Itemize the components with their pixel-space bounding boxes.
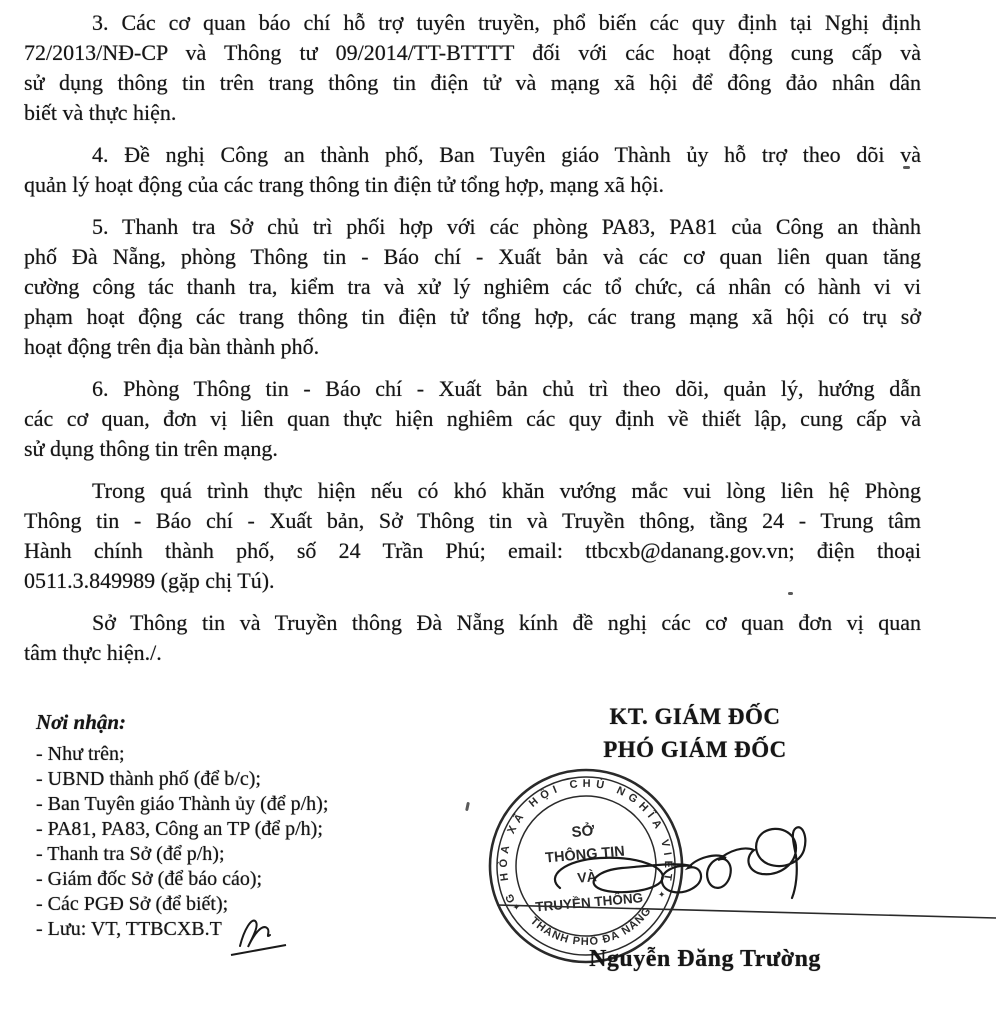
seal-separator-right: ✦	[658, 889, 667, 900]
paragraph-3: 3. Các cơ quan báo chí hỗ trợ tuyên truy…	[24, 8, 921, 128]
recipient-item: - PA81, PA83, Công an TP (để p/h);	[36, 817, 328, 842]
text-line: các cơ quan, đơn vị liên quan thực hiện …	[24, 404, 921, 434]
text-line: tâm thực hiện./.	[24, 638, 921, 668]
signer-role-line1: KT. GIÁM ĐỐC	[450, 700, 940, 733]
seal-center-line2: THÔNG TIN	[544, 842, 625, 867]
text-line: hoạt động trên địa bàn thành phố.	[24, 332, 921, 362]
recipient-item: - UBND thành phố (để b/c);	[36, 767, 328, 792]
scan-speck	[788, 592, 793, 595]
text-line: 4. Đề nghị Công an thành phố, Ban Tuyên …	[24, 140, 921, 170]
recipient-item: - Như trên;	[36, 742, 328, 767]
text-line: phạm hoạt động các trang thông tin điện …	[24, 302, 921, 332]
seal-icon: CỘNG HÒA XÃ HỘI CHỦ NGHĨA VIỆT NAM THÀNH…	[478, 758, 695, 975]
text-line: 72/2013/NĐ-CP và Thông tư 09/2014/TT-BTT…	[24, 38, 921, 68]
text-line: quản lý hoạt động của các trang thông ti…	[24, 170, 921, 200]
text-line: 0511.3.849989 (gặp chị Tú).	[24, 566, 921, 596]
signer-role-line2: PHÓ GIÁM ĐỐC	[450, 733, 940, 766]
recipients-block: Nơi nhận: - Như trên; - UBND thành phố (…	[36, 710, 328, 942]
text-line: Sở Thông tin và Truyền thông Đà Nẵng kín…	[24, 608, 921, 638]
recipient-item: - Ban Tuyên giáo Thành ủy (để p/h);	[36, 792, 328, 817]
text-line: biết và thực hiện.	[24, 98, 921, 128]
paragraph-6: 6. Phòng Thông tin - Báo chí - Xuất bản …	[24, 374, 921, 464]
text-line: 3. Các cơ quan báo chí hỗ trợ tuyên truy…	[24, 8, 921, 38]
seal-center-line4: TRUYỀN THÔNG	[535, 890, 644, 914]
seal-center-line3: VÀ	[577, 868, 598, 886]
scan-speck	[903, 166, 910, 169]
paragraph-closing: Sở Thông tin và Truyền thông Đà Nẵng kín…	[24, 608, 921, 668]
official-seal-stamp: CỘNG HÒA XÃ HỘI CHỦ NGHĨA VIỆT NAM THÀNH…	[478, 758, 695, 975]
text-line: cường công tác thanh tra, kiểm tra và xử…	[24, 272, 921, 302]
text-line: Thông tin - Báo chí - Xuất bản, Sở Thông…	[24, 506, 921, 536]
text-line: sử dụng thông tin trên trang thông tin đ…	[24, 68, 921, 98]
paragraph-contact: Trong quá trình thực hiện nếu có khó khă…	[24, 476, 921, 596]
text-line: 6. Phòng Thông tin - Báo chí - Xuất bản …	[24, 374, 921, 404]
paragraph-5: 5. Thanh tra Sở chủ trì phối hợp với các…	[24, 212, 921, 362]
recipient-item: - Thanh tra Sở (để p/h);	[36, 842, 328, 867]
initials-underline	[231, 945, 286, 955]
seal-center-line1: SỞ	[571, 821, 595, 841]
recipients-title: Nơi nhận:	[36, 710, 328, 735]
scan-speck	[465, 802, 470, 811]
recipient-item: - Các PGĐ Sở (để biết);	[36, 892, 328, 917]
paragraph-4: 4. Đề nghị Công an thành phố, Ban Tuyên …	[24, 140, 921, 200]
scanned-document-page: 3. Các cơ quan báo chí hỗ trợ tuyên truy…	[0, 0, 1000, 1014]
text-line: 5. Thanh tra Sở chủ trì phối hợp với các…	[24, 212, 921, 242]
document-body: 3. Các cơ quan báo chí hỗ trợ tuyên truy…	[24, 8, 921, 680]
text-line: phố Đà Nẵng, phòng Thông tin - Báo chí -…	[24, 242, 921, 272]
seal-separator-left: ✦	[512, 902, 521, 913]
text-line: sử dụng thông tin trên mạng.	[24, 434, 921, 464]
text-line: Trong quá trình thực hiện nếu có khó khă…	[24, 476, 921, 506]
recipient-item: - Lưu: VT, TTBCXB.T	[36, 917, 328, 942]
signature-title-block: KT. GIÁM ĐỐC PHÓ GIÁM ĐỐC	[450, 700, 940, 766]
recipient-item: - Giám đốc Sở (để báo cáo);	[36, 867, 328, 892]
signer-name: Nguyễn Đăng Trường	[455, 946, 955, 973]
text-line: Hành chính thành phố, số 24 Trần Phú; em…	[24, 536, 921, 566]
